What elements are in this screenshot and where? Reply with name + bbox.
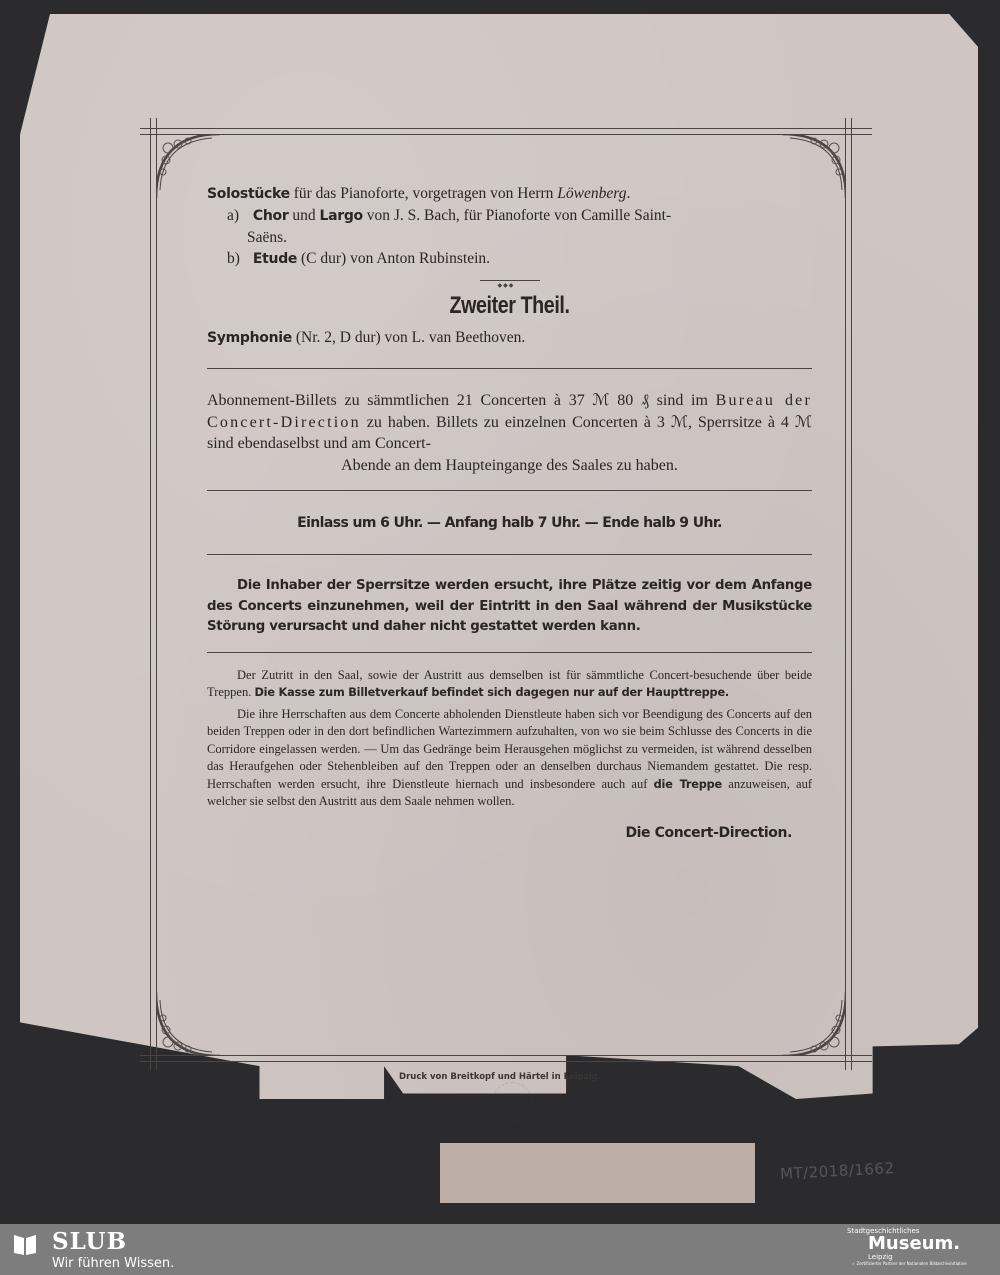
frame-left-rule [150,118,157,1070]
billets-paragraph: Abonnement-Billets zu sämmtlichen 21 Con… [207,390,812,476]
divider [207,554,812,555]
blind-stamp [492,1082,532,1122]
concert-times: Einlass um 6 Uhr. — Anfang halb 7 Uhr. —… [207,513,812,534]
reserved-seats-notice: Die Inhaber der Sperrsitze werden ersuch… [207,576,812,638]
footer-bar: SLUB Wir führen Wissen. Stadtgeschichtli… [0,1224,1000,1275]
frame-bottom-rule [140,1055,872,1062]
solo-title: Solostücke [207,186,290,202]
tape-strip [440,1143,755,1203]
solo-pieces-line: Solostücke für das Pianoforte, vorgetrag… [207,183,812,205]
performer-name: Löwenberg [557,185,626,202]
museum-logo[interactable]: Stadtgeschichtliches Museum. Leipzig ✓ Z… [840,1227,980,1266]
access-paragraph: Der Zutritt in den Saal, sowie der Austr… [207,667,812,702]
separator-ornament [480,280,540,281]
section-heading: Zweiter Theil. [261,291,757,321]
corner-ornament-icon [156,992,220,1056]
shelfmark: MT/2018/1662 [780,1159,895,1183]
solo-item-a: a) Chor und Largo von J. S. Bach, für Pi… [207,205,812,248]
slub-tagline: Wir führen Wissen. [52,1256,174,1271]
frame-top-rule [140,128,872,135]
signature: Die Concert-Direction. [207,823,792,844]
program-content: Solostücke für das Pianoforte, vorgetrag… [207,183,812,844]
divider [207,490,812,491]
divider [207,368,812,369]
slub-logo-icon[interactable] [12,1233,40,1257]
slub-name[interactable]: SLUB [52,1228,127,1255]
solo-item-b: b) Etude (C dur) von Anton Rubinstein. [207,248,812,270]
printer-imprint: Druck von Breitkopf und Härtel in Leipzi… [0,1072,1000,1082]
divider [207,652,812,653]
servants-paragraph: Die ihre Herrschaften aus dem Concerte a… [207,706,812,811]
corner-ornament-icon [782,992,846,1056]
symphony-line: Symphonie (Nr. 2, D dur) von L. van Beet… [207,327,812,349]
frame-right-rule [845,118,852,1070]
